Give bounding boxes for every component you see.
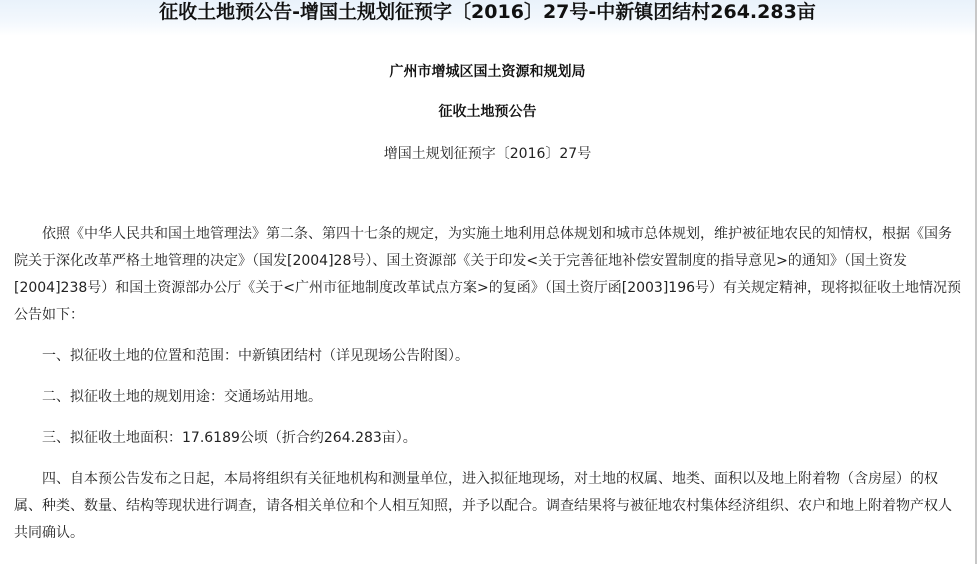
item-area: 三、拟征收土地面积：17.6189公顷（折合约264.283亩）。 (42, 428, 962, 448)
item-planned-use: 二、拟征收土地的规划用途：交通场站用地。 (42, 387, 962, 407)
document-number: 增国土规划征预字〔2016〕27号 (0, 144, 975, 164)
item-survey-notice: 四、自本预公告发布之日起，本局将组织有关征地机构和测量单位，进入拟征地现场，对土… (14, 466, 964, 547)
issuer-name: 广州市增城区国土资源和规划局 (0, 62, 975, 82)
right-border-rule (975, 0, 977, 564)
intro-paragraph: 依照《中华人民共和国土地管理法》第二条、第四十七条的规定，为实施土地利用总体规划… (14, 221, 964, 329)
notice-heading: 征收土地预公告 (0, 102, 975, 122)
page-title: 征收土地预公告-增国土规划征预字〔2016〕27号-中新镇团结村264.283亩 (0, 0, 975, 26)
item-location: 一、拟征收土地的位置和范围：中新镇团结村（详见现场公告附图）。 (42, 346, 962, 366)
